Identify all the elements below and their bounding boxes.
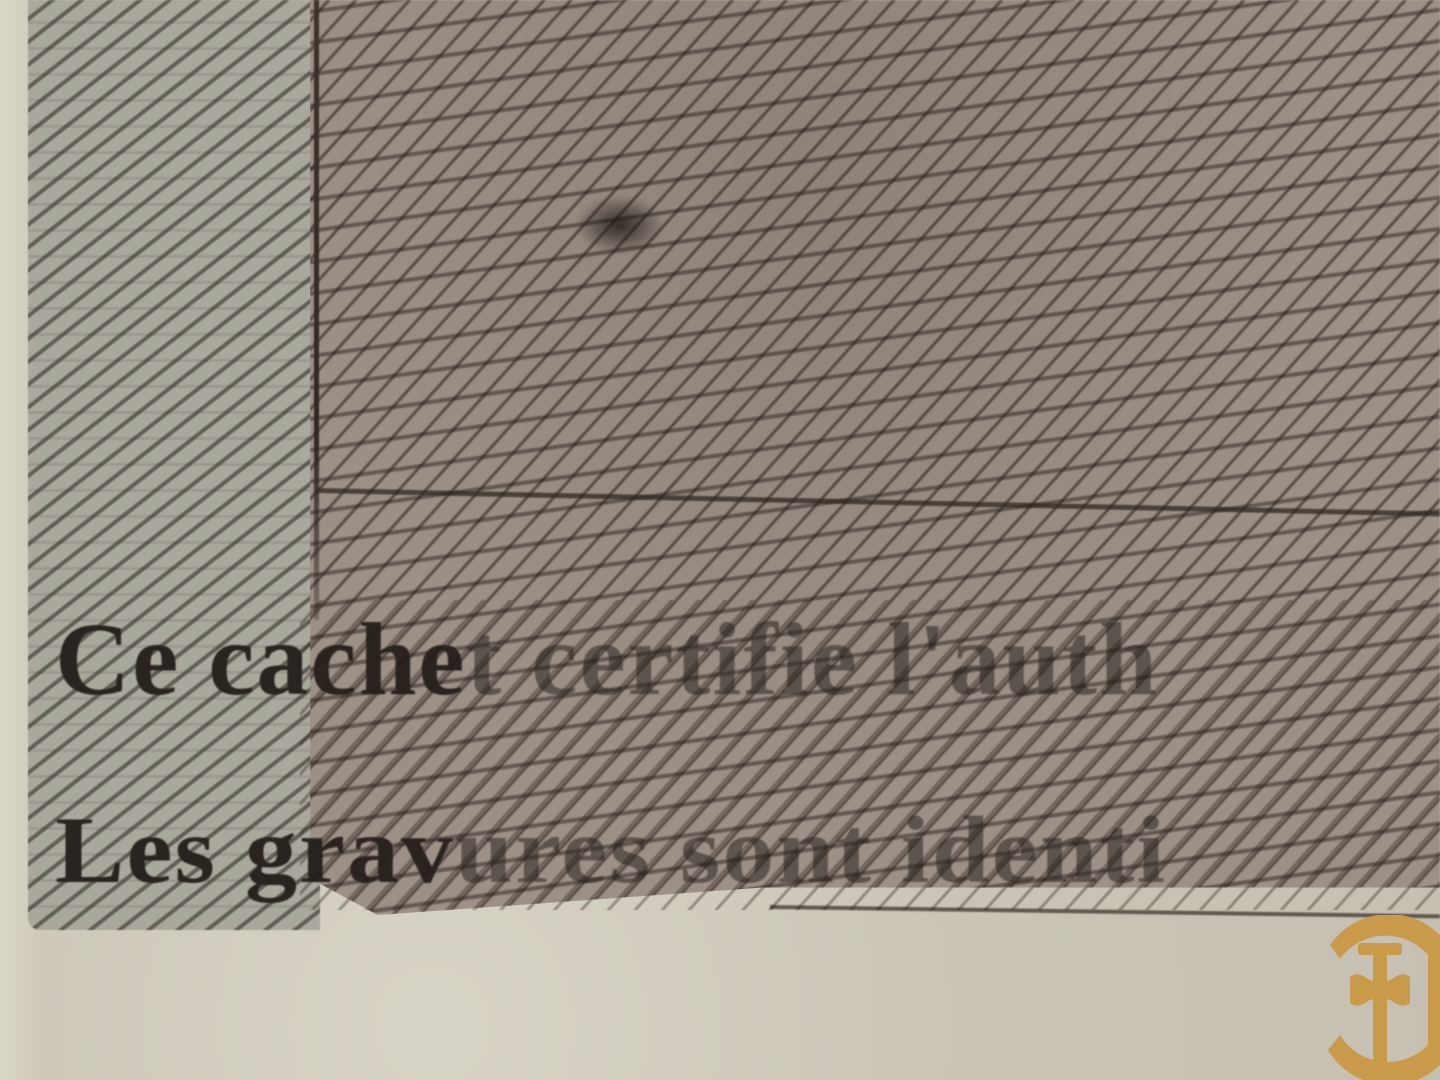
caption-line-1: Ce cachet certifie l'auth xyxy=(55,605,1159,715)
caption-line-1-obscured: t certifie l'auth xyxy=(467,602,1159,717)
engraving-photo: Ce cachet certifie l'auth Les gravures s… xyxy=(0,0,1440,1080)
plate-line-vertical xyxy=(314,0,319,620)
caption-line-2-visible: Les grav xyxy=(55,797,455,903)
hatched-plate-area xyxy=(310,0,1440,915)
ink-blot xyxy=(575,195,665,255)
caption-line-1-visible: Ce cache xyxy=(55,602,467,717)
auction-hammer-d-logo-icon xyxy=(1318,915,1440,1080)
caption-line-2: Les gravures sont identi xyxy=(55,800,1167,901)
hatched-border-band xyxy=(28,0,320,930)
caption-line-2-obscured: ures sont identi xyxy=(455,797,1167,903)
